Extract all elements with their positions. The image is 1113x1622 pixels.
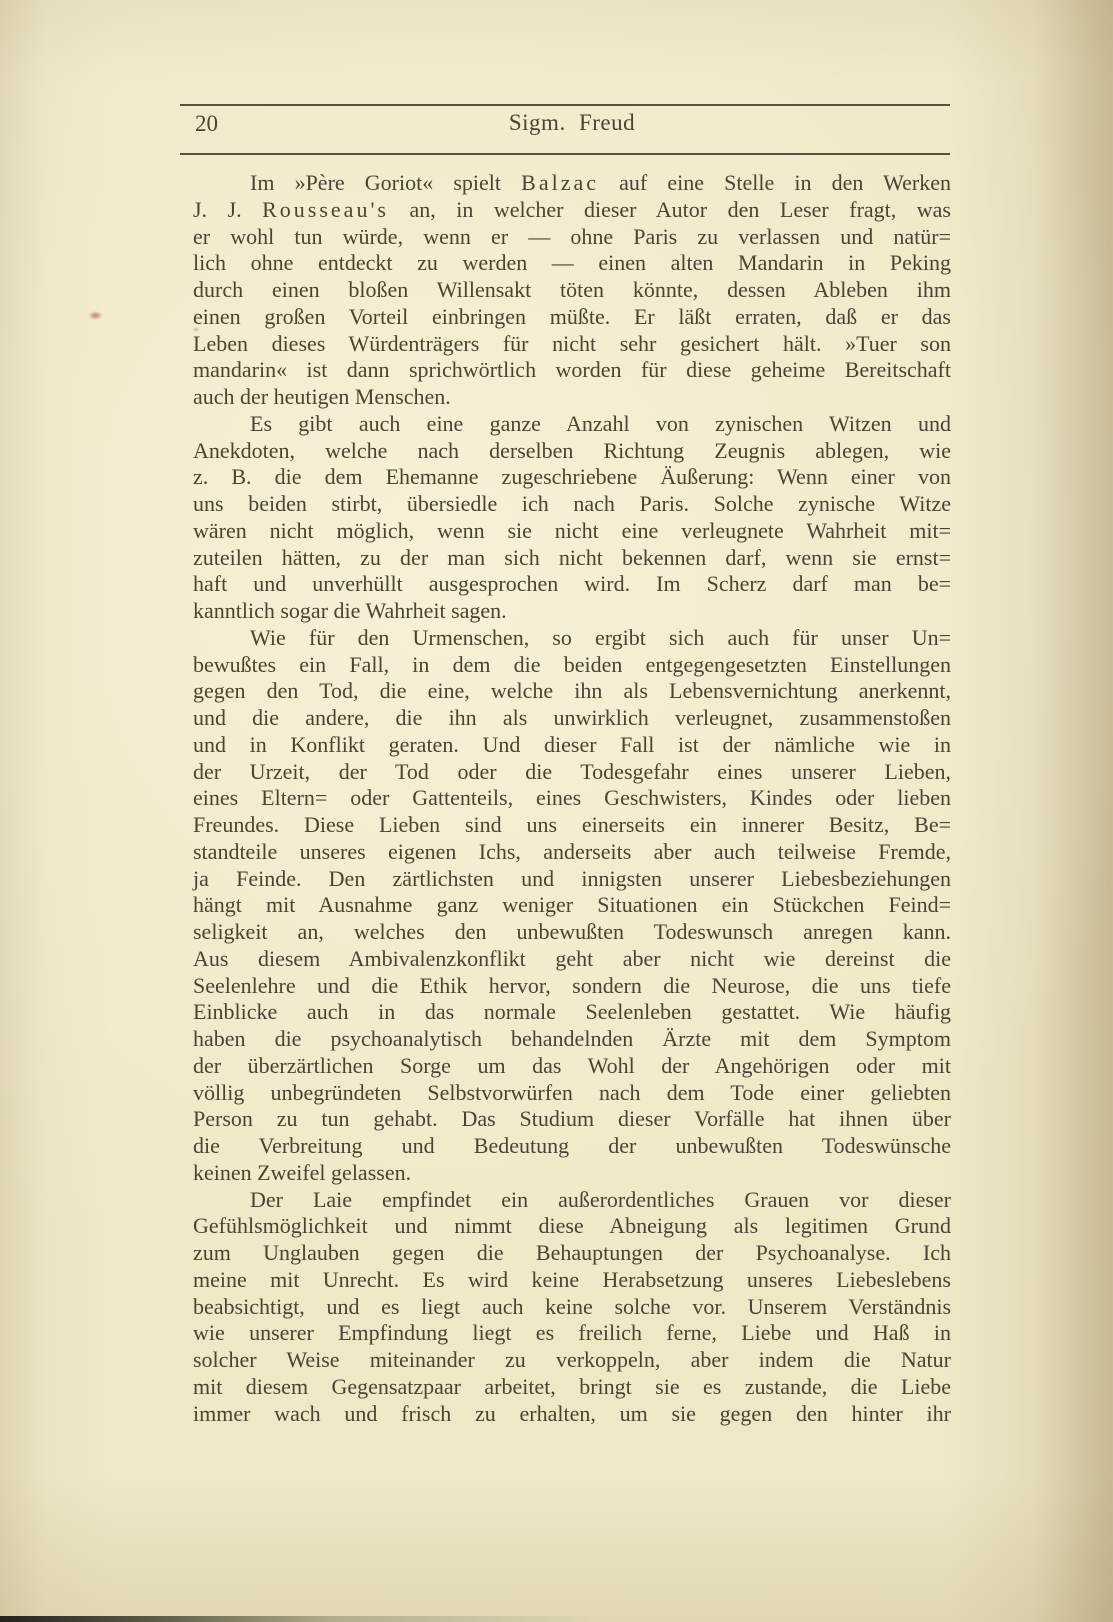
text-line: z. B. die dem Ehemanne zugeschriebene Äu… bbox=[193, 464, 951, 491]
text-line: solcher Weise miteinander zu verkoppeln,… bbox=[193, 1347, 951, 1374]
text-line: immer wach und frisch zu erhalten, um si… bbox=[193, 1401, 951, 1428]
text-line: Gefühlsmöglichkeit und nimmt diese Abnei… bbox=[193, 1213, 951, 1240]
text-line: auch der heutigen Menschen. bbox=[193, 384, 951, 411]
paragraph: Es gibt auch eine ganze Anzahl von zynis… bbox=[193, 411, 951, 625]
text-line: Im »Père Goriot« spielt Balzac auf eine … bbox=[193, 170, 951, 197]
text-line: Aus diesem Ambivalenzkonflikt geht aber … bbox=[193, 946, 951, 973]
text-line: Freundes. Diese Lieben sind uns einersei… bbox=[193, 812, 951, 839]
text-line: ja Feinde. Den zärtlichsten und innigste… bbox=[193, 866, 951, 893]
running-title: Sigm. Freud bbox=[193, 110, 951, 136]
text-line: wie unserer Empfindung liegt es freilich… bbox=[193, 1320, 951, 1347]
paragraph: Wie für den Urmenschen, so ergibt sich a… bbox=[193, 625, 951, 1187]
text-line: Leben dieses Würdenträgers für nicht seh… bbox=[193, 331, 951, 358]
text-line: haft und unverhüllt ausgesprochen wird. … bbox=[193, 571, 951, 598]
text-line: wären nicht möglich, wenn sie nicht eine… bbox=[193, 518, 951, 545]
text-line: lich ohne entdeckt zu werden — einen alt… bbox=[193, 250, 951, 277]
text-line: mandarin« ist dann sprichwörtlich worden… bbox=[193, 357, 951, 384]
text-line: Es gibt auch eine ganze Anzahl von zynis… bbox=[193, 411, 951, 438]
letterspaced-name: Rousseau's bbox=[262, 197, 389, 222]
text-line: Anekdoten, welche nach derselben Richtun… bbox=[193, 438, 951, 465]
text-line: völlig unbegründeten Selbstvorwürfen nac… bbox=[193, 1080, 951, 1107]
text-line: Der Laie empfindet ein außerordentliches… bbox=[193, 1187, 951, 1214]
text-line: seligkeit an, welches den unbewußten Tod… bbox=[193, 919, 951, 946]
text-line: Seelenlehre und die Ethik hervor, sonder… bbox=[193, 973, 951, 1000]
text-line: meine mit Unrecht. Es wird keine Herabse… bbox=[193, 1267, 951, 1294]
text-line: und die andere, die ihn als unwirklich v… bbox=[193, 705, 951, 732]
text-line: durch einen bloßen Willensakt töten könn… bbox=[193, 277, 951, 304]
text-line: gegen den Tod, die eine, welche ihn als … bbox=[193, 678, 951, 705]
page-number: 20 bbox=[195, 111, 218, 137]
header-rule-top bbox=[180, 104, 950, 106]
body-text: Im »Père Goriot« spielt Balzac auf eine … bbox=[193, 170, 951, 1427]
header-rule-bottom bbox=[180, 153, 950, 155]
paragraph: Im »Père Goriot« spielt Balzac auf eine … bbox=[193, 170, 951, 411]
text-line: der Urzeit, der Tod oder die Todesgefahr… bbox=[193, 759, 951, 786]
text-line: einen großen Vorteil einbringen müßte. E… bbox=[193, 304, 951, 331]
text-line: Person zu tun gehabt. Das Studium dieser… bbox=[193, 1106, 951, 1133]
text-line: Wie für den Urmenschen, so ergibt sich a… bbox=[193, 625, 951, 652]
scanned-page: 20 Sigm. Freud Im »Père Goriot« spielt B… bbox=[0, 0, 1113, 1622]
text-line: J. J. Rousseau's an, in welcher dieser A… bbox=[193, 197, 951, 224]
text-line: bewußtes ein Fall, in dem die beiden ent… bbox=[193, 652, 951, 679]
paper-speck-small bbox=[192, 327, 200, 332]
text-line: die Verbreitung und Bedeutung der unbewu… bbox=[193, 1133, 951, 1160]
text-line: uns beiden stirbt, übersiedle ich nach P… bbox=[193, 491, 951, 518]
text-line: er wohl tun würde, wenn er — ohne Paris … bbox=[193, 224, 951, 251]
text-line: Einblicke auch in das normale Seelenlebe… bbox=[193, 999, 951, 1026]
text-line: eines Eltern= oder Gattenteils, eines Ge… bbox=[193, 785, 951, 812]
paper-speck bbox=[88, 311, 103, 320]
text-line: der überzärtlichen Sorge um das Wohl der… bbox=[193, 1053, 951, 1080]
text-line: zuteilen hätten, zu der man sich nicht b… bbox=[193, 545, 951, 572]
letterspaced-name: Balzac bbox=[521, 170, 599, 195]
text-line: kanntlich sogar die Wahrheit sagen. bbox=[193, 598, 951, 625]
text-line: keinen Zweifel gelassen. bbox=[193, 1160, 951, 1187]
text-line: haben die psychoanalytisch behandelnden … bbox=[193, 1026, 951, 1053]
text-line: und in Konflikt geraten. Und dieser Fall… bbox=[193, 732, 951, 759]
text-line: hängt mit Ausnahme ganz weniger Situatio… bbox=[193, 892, 951, 919]
page-header: 20 Sigm. Freud bbox=[193, 110, 951, 136]
text-line: beabsichtigt, und es liegt auch keine so… bbox=[193, 1294, 951, 1321]
text-line: zum Unglauben gegen die Behauptungen der… bbox=[193, 1240, 951, 1267]
scan-edge-artifact bbox=[0, 1616, 600, 1622]
text-line: mit diesem Gegensatzpaar arbeitet, bring… bbox=[193, 1374, 951, 1401]
text-line: standteile unseres eigenen Ichs, anderse… bbox=[193, 839, 951, 866]
paragraph: Der Laie empfindet ein außerordentliches… bbox=[193, 1187, 951, 1428]
